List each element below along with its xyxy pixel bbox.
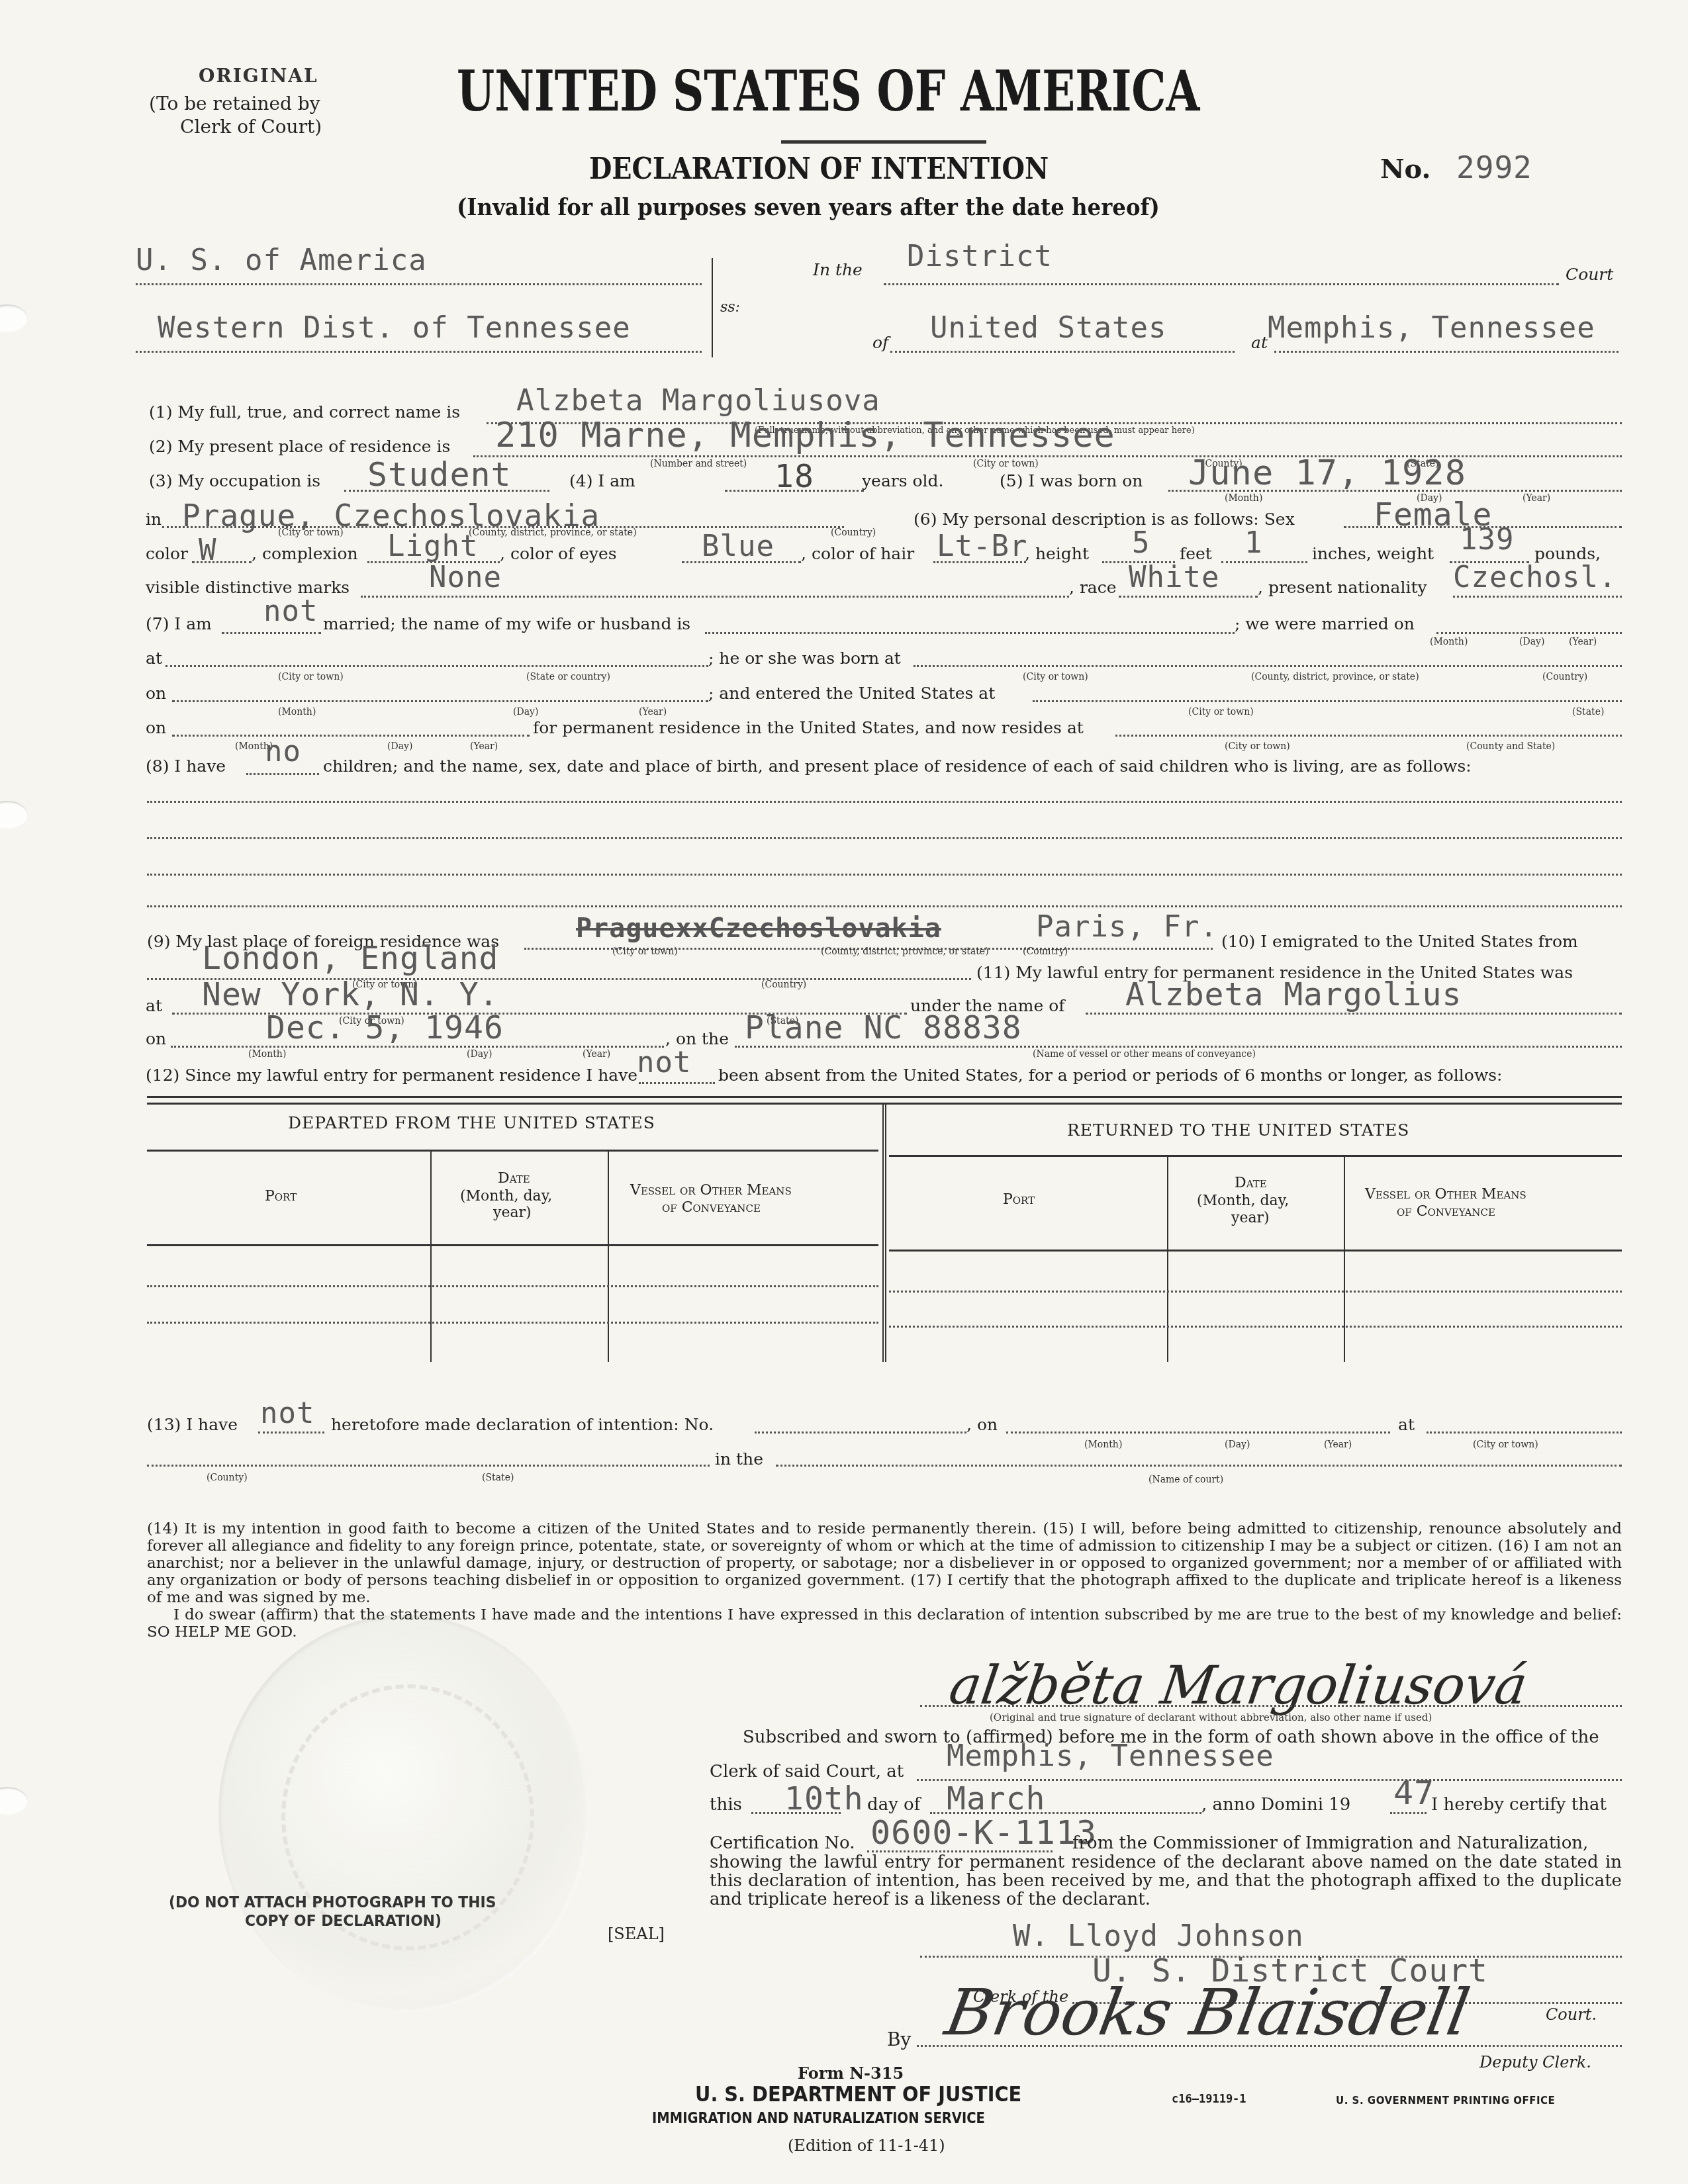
table-center-divider (882, 1104, 884, 1362)
q5-label: (5) I was born on (1000, 471, 1143, 490)
q11-at-label: at (146, 996, 162, 1015)
ret-col-vessel-1: Vessel or Other Means (1365, 1186, 1526, 1203)
absence-status: not (637, 1046, 691, 1079)
birth-date: June 17, 1928 (1188, 453, 1466, 493)
q13-in-the-label: in the (715, 1449, 763, 1469)
cap-county-district: (County, district, province, or state) (1251, 672, 1419, 682)
certify-label: I hereby certify that (1431, 1795, 1607, 1815)
dep-col-vessel-2: of Conveyance (662, 1199, 761, 1216)
form-number: Form N-315 (798, 2064, 904, 2083)
color-label: color (146, 544, 188, 563)
entry-port: New York, N. Y. (202, 976, 498, 1013)
q13-cap-month: (Month) (1084, 1439, 1122, 1450)
q13-on-label: , on (966, 1415, 998, 1434)
q12-label: (12) Since my lawful entry for permanent… (146, 1066, 637, 1085)
nationality: Czechosl. (1453, 561, 1617, 594)
court-type: District (907, 240, 1053, 273)
court-at: Memphis, Tennessee (1268, 311, 1595, 345)
ret-col-vessel-2: of Conveyance (1397, 1203, 1495, 1220)
cap-city: (City or town) (278, 672, 344, 682)
q13-cap-day: (Day) (1225, 1439, 1250, 1450)
q11-on-label: on (146, 1029, 166, 1048)
full-name: Alzbeta Margoliusova (516, 384, 880, 418)
q7-text: married; the name of my wife or husband … (323, 614, 690, 633)
court-of: United States (930, 311, 1166, 345)
q13-label: (13) I have (147, 1415, 238, 1434)
returned-header: RETURNED TO THE UNITED STATES (1067, 1120, 1409, 1140)
race: White (1129, 561, 1219, 594)
born-in-label: in (146, 510, 162, 529)
inches-label: inches, weight (1312, 544, 1434, 563)
entered-us-label: ; and entered the United States at (708, 684, 995, 703)
cap-day-3: (Day) (387, 741, 412, 752)
q13-cap-state: (State) (482, 1473, 514, 1483)
distinctive-marks: None (429, 561, 502, 594)
oath-affirmation: I do swear (affirm) that the statements … (147, 1606, 1622, 1641)
cert-no-label: Certification No. (710, 1833, 855, 1853)
height-label: , height (1025, 544, 1089, 563)
perm-res-label: for permanent residence in the United St… (533, 718, 1084, 737)
q2-label: (2) My present place of residence is (149, 437, 450, 456)
residence: 210 Marne, Memphis, Tennessee (495, 416, 1115, 455)
q13-cap-court: (Name of court) (1149, 1475, 1223, 1485)
validity-note: (Invalid for all purposes seven years af… (457, 193, 1160, 221)
q6-label: (6) My personal description is as follow… (914, 510, 1295, 529)
service-name: IMMIGRATION AND NATURALIZATION SERVICE (652, 2110, 985, 2127)
ret-col-date-3: year) (1231, 1210, 1270, 1226)
q2-caption-city: (City or town) (973, 459, 1039, 469)
nationality-label: , present nationality (1258, 578, 1427, 597)
q9-cap-county: (County, district, province, or state) (821, 946, 989, 957)
photo-note-line2: COPY OF DECLARATION) (245, 1913, 442, 1930)
q8-label: (8) I have (146, 756, 226, 776)
by-label: By (887, 2028, 911, 2050)
hair-label: , color of hair (801, 544, 914, 563)
table-row (889, 1291, 1622, 1293)
foreign-residence-struck: PraguexxCzechoslovakia (576, 913, 941, 944)
venue-brace (712, 258, 713, 357)
born-at-label: ; he or she was born at (708, 649, 901, 668)
q4-suffix: years old. (862, 471, 944, 490)
of-label: of (872, 333, 888, 352)
q13-cap-city: (City or town) (1473, 1439, 1538, 1450)
dep-col-port: Port (265, 1188, 297, 1205)
certification-number: 0600-K-1113 (870, 1813, 1097, 1852)
original-note-line1: (To be retained by (149, 93, 320, 114)
race-label: , race (1069, 578, 1117, 597)
cap-month: (Month) (1430, 637, 1468, 647)
declarant-signature: alžběta Margoliusová (945, 1655, 1530, 1716)
entry-name: Alzbeta Margolius (1125, 976, 1462, 1013)
at-label: at (1251, 333, 1268, 352)
q5-caption-month: (Month) (1225, 493, 1262, 504)
binder-hole (0, 304, 28, 332)
table-row (147, 1322, 878, 1324)
court-suffix: Court. (1546, 2005, 1597, 2024)
born-caption-city: (City or town) (278, 527, 344, 538)
venue-left-line1: U. S. of America (136, 244, 427, 277)
binder-hole (0, 801, 28, 829)
hair: Lt-Br (937, 529, 1027, 563)
embossed-court-seal (218, 1615, 589, 2012)
cap-country: (Country) (1542, 672, 1587, 682)
q9-cap-country: (Country) (1023, 946, 1068, 957)
q11-cap-year: (Year) (583, 1049, 610, 1060)
document-title: UNITED STATES OF AMERICA (457, 58, 1199, 124)
dep-col-date-1: Date (498, 1170, 530, 1187)
binder-hole (0, 1787, 28, 1815)
cap-state: (State) (1572, 707, 1604, 717)
q11-cap-month: (Month) (248, 1049, 286, 1060)
q13-at-label: at (1398, 1415, 1415, 1434)
ret-col-date-1: Date (1235, 1175, 1267, 1191)
table-top-rule-2 (147, 1103, 1622, 1105)
cap-year-2: (Year) (639, 707, 667, 717)
dep-col-vessel-1: Vessel or Other Means (630, 1182, 792, 1199)
table-row (889, 1326, 1622, 1328)
q7-label: (7) I am (146, 614, 212, 633)
cap-month-2: (Month) (278, 707, 316, 717)
children-line (147, 837, 1622, 839)
cap-day-2: (Day) (513, 707, 538, 717)
day-of-label: day of (867, 1795, 920, 1815)
cap-year: (Year) (1569, 637, 1597, 647)
height-feet: 5 (1132, 526, 1150, 560)
married-status: not (263, 594, 318, 628)
on-label: on (146, 684, 166, 703)
cap-year-3: (Year) (470, 741, 498, 752)
children-line (147, 801, 1622, 803)
q10-cap-country: (Country) (761, 979, 806, 990)
ret-col-date-2: (Month, day, (1197, 1193, 1289, 1209)
ss-label: ss: (720, 299, 740, 316)
departed-header: DEPARTED FROM THE UNITED STATES (288, 1113, 655, 1132)
complexion-label: , complexion (252, 544, 358, 563)
printer-name: U. S. GOVERNMENT PRINTING OFFICE (1336, 2095, 1555, 2107)
q11-cap-day: (Day) (467, 1049, 492, 1060)
emigrated-from: London, England (202, 940, 498, 977)
q3-label: (3) My occupation is (149, 471, 320, 490)
q10-label: (10) I emigrated to the United States fr… (1221, 932, 1578, 951)
seal-label: [SEAL] (608, 1925, 665, 1943)
original-note-line2: Clerk of Court) (180, 116, 322, 138)
number-label: No. (1380, 154, 1430, 185)
dep-col-date-3: year) (493, 1205, 532, 1221)
clerk-name: W. Lloyd Johnson (1013, 1919, 1304, 1953)
q8-text: children; and the name, sex, date and pl… (323, 756, 1472, 776)
q9-cap-city: (City or town) (612, 946, 678, 957)
cap-city-3: (City or town) (1188, 707, 1254, 717)
cap-day: (Day) (1519, 637, 1544, 647)
children-line (147, 905, 1622, 907)
q13-text: heretofore made declaration of intention… (331, 1415, 714, 1434)
department-name: U. S. DEPARTMENT OF JUSTICE (695, 2081, 1021, 2107)
cert-text-2: showing the lawful entry for permanent r… (710, 1853, 1622, 1909)
cap-city-4: (City or town) (1225, 741, 1290, 752)
cap-city-2: (City or town) (1023, 672, 1088, 682)
marks-label: visible distinctive marks (146, 578, 350, 597)
q11-cap-vessel: (Name of vessel or other means of convey… (1033, 1049, 1256, 1060)
q13-cap-year: (Year) (1324, 1439, 1352, 1450)
table-top-rule (147, 1096, 1622, 1098)
declaration-number: 2992 (1456, 150, 1532, 185)
eyes: Blue (702, 529, 774, 563)
form-subtitle: DECLARATION OF INTENTION (589, 152, 1049, 186)
sworn-year: 47 (1393, 1774, 1434, 1812)
venue-left-line2: Western Dist. of Tennessee (158, 311, 631, 345)
complexion: Light (387, 529, 478, 563)
cap-county-state: (County and State) (1466, 741, 1555, 752)
children-line (147, 874, 1622, 876)
q5-caption-year: (Year) (1523, 493, 1550, 504)
original-label: ORIGINAL (199, 65, 318, 87)
entry-date: Dec. 5, 1946 (266, 1009, 504, 1046)
occupation: Student (367, 455, 512, 494)
eyes-label: , color of eyes (500, 544, 617, 563)
deputy-clerk-signature: Brooks Blaisdell (940, 1976, 1475, 2050)
q2-caption-street: (Number and street) (650, 459, 747, 469)
oath-paragraph: (14) It is my intention in good faith to… (147, 1520, 1622, 1606)
weight: 139 (1460, 523, 1514, 557)
this-label: this (710, 1795, 742, 1815)
clerk-at-label: Clerk of said Court, at (710, 1762, 904, 1782)
q13-cap-county: (County) (207, 1473, 248, 1483)
deputy-clerk-label: Deputy Clerk. (1479, 2053, 1591, 2071)
photo-note-line1: (DO NOT ATTACH PHOTOGRAPH TO THIS (169, 1894, 496, 1911)
title-rule (781, 140, 986, 144)
foreign-residence: Paris, Fr. (1036, 910, 1218, 944)
clerk-at-value: Memphis, Tennessee (947, 1739, 1274, 1773)
cert-text-1: from the Commissioner of Immigration and… (1072, 1833, 1588, 1853)
anno-domini-label: , anno Domini 19 (1201, 1795, 1350, 1815)
ret-col-port: Port (1003, 1191, 1035, 1208)
table-row (147, 1285, 878, 1287)
born-caption-county: (County, district, province, or state) (469, 527, 637, 538)
dep-col-date-2: (Month, day, (460, 1188, 552, 1205)
height-inches: 1 (1244, 526, 1263, 560)
cap-state-country: (State or country) (526, 672, 610, 682)
signature-caption: (Original and true signature of declaran… (990, 1711, 1432, 1723)
court-label: Court (1566, 265, 1613, 284)
prior-declaration-status: not (260, 1396, 314, 1430)
edition: (Edition of 11-1-41) (788, 2136, 945, 2155)
in-the-label: In the (813, 260, 863, 279)
print-code: c16—19119-1 (1172, 2093, 1246, 2106)
married-on-label: ; we were married on (1235, 614, 1415, 633)
q1-label: (1) My full, true, and correct name is (149, 402, 460, 422)
q12-text: been absent from the United States, for … (718, 1066, 1503, 1085)
born-caption-country: (Country) (831, 527, 876, 538)
children-count: no (265, 735, 301, 768)
vessel: Plane NC 88838 (745, 1009, 1022, 1046)
at-label: at (146, 649, 162, 668)
on-label-2: on (146, 718, 166, 737)
q4-label: (4) I am (569, 471, 635, 490)
